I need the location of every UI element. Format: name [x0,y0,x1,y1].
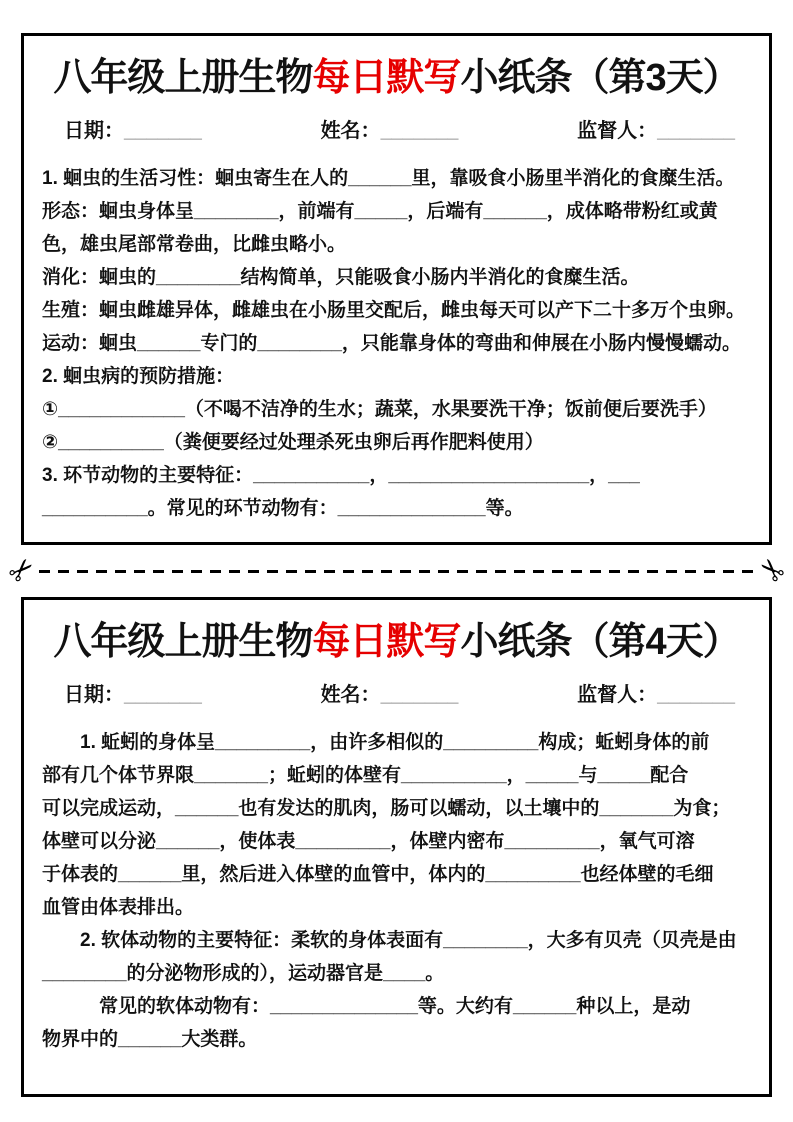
day4-title: 八年级上册生物每日默写小纸条（第4天） [34,616,759,668]
day4-title-post: 小纸条（第4天） [460,621,739,663]
worksheet-line: 于体表的______里，然后进入体壁的血管中，体内的_________也经体壁的… [42,858,755,891]
day3-title-highlight: 每日默写 [312,57,460,99]
worksheet-line: ①____________（不喝不洁净的生水；蔬菜，水果要洗干净；饭前便后要洗手… [42,393,755,426]
worksheet-line: 血管由体表排出。 [42,891,755,924]
date-field: 日期：_______ [64,116,202,146]
name-field: 姓名：_______ [321,680,459,710]
worksheet-line: 2. 蛔虫病的预防措施： [42,360,755,393]
worksheet-line: 部有几个体节界限_______；蚯蚓的体壁有__________，_____与_… [42,759,755,792]
worksheet-line: 运动：蛔虫______专门的________，只能靠身体的弯曲和伸展在小肠内慢慢… [42,327,755,360]
supervisor-label: 监督人： [577,120,657,142]
supervisor-blank: _______ [657,684,735,706]
date-blank: _______ [124,120,202,142]
worksheet-line: 形态：蛔虫身体呈________，前端有_____，后端有______，成体略带… [42,195,755,228]
dashed-cut-line [39,570,754,573]
day4-title-pre: 八年级上册生物 [53,621,312,663]
worksheet-line: 可以完成运动，______也有发达的肌肉，肠可以蠕动，以土壤中的_______为… [42,792,755,825]
day4-header-fields: 日期：_______ 姓名：_______ 监督人：_______ [24,680,769,710]
day3-title-post: 小纸条（第3天） [460,57,739,99]
worksheet-line: 1. 蚯蚓的身体呈_________，由许多相似的_________构成；蚯蚓身… [42,726,755,759]
name-blank: _______ [381,684,459,706]
cut-line: ✂ ✂ [0,545,793,597]
day4-body: 1. 蚯蚓的身体呈_________，由许多相似的_________构成；蚯蚓身… [24,726,769,1056]
supervisor-blank: _______ [657,120,735,142]
name-field: 姓名：_______ [321,116,459,146]
date-blank: _______ [124,684,202,706]
date-field: 日期：_______ [64,680,202,710]
scissors-icon: ✂ [3,552,42,591]
worksheet-line: ②__________（粪便要经过处理杀死虫卵后再作肥料使用） [42,426,755,459]
worksheet-line: 1. 蛔虫的生活习性：蛔虫寄生在人的______里，靠吸食小肠里半消化的食糜生活… [42,162,755,195]
day4-title-highlight: 每日默写 [312,621,460,663]
worksheet-line: 生殖：蛔虫雌雄异体，雌雄虫在小肠里交配后，雌虫每天可以产下二十多万个虫卵。 [42,294,755,327]
name-label: 姓名： [321,120,381,142]
worksheet-line: 体壁可以分泌______，使体表_________，体壁内密布_________… [42,825,755,858]
date-label: 日期： [64,120,124,142]
day4-section: 八年级上册生物每日默写小纸条（第4天） 日期：_______ 姓名：______… [21,597,772,1097]
day3-body: 1. 蛔虫的生活习性：蛔虫寄生在人的______里，靠吸食小肠里半消化的食糜生活… [24,162,769,525]
worksheet-line: 2. 软体动物的主要特征：柔软的身体表面有________，大多有贝壳（贝壳是由 [42,924,755,957]
name-label: 姓名： [321,684,381,706]
name-blank: _______ [381,120,459,142]
worksheet-line: 3. 环节动物的主要特征：___________，_______________… [42,459,755,492]
supervisor-field: 监督人：_______ [577,116,735,146]
worksheet-line: 色，雄虫尾部常卷曲，比雌虫略小。 [42,228,755,261]
worksheet-line: ________的分泌物形成的），运动器官是____。 [42,957,755,990]
worksheet-page: 八年级上册生物每日默写小纸条（第3天） 日期：_______ 姓名：______… [0,0,793,1122]
date-label: 日期： [64,684,124,706]
worksheet-line: 常见的软体动物有：______________等。大约有______种以上，是动 [42,990,755,1023]
day3-header-fields: 日期：_______ 姓名：_______ 监督人：_______ [24,116,769,146]
worksheet-line: 消化：蛔虫的________结构简单，只能吸食小肠内半消化的食糜生活。 [42,261,755,294]
day3-section: 八年级上册生物每日默写小纸条（第3天） 日期：_______ 姓名：______… [21,33,772,545]
day3-title: 八年级上册生物每日默写小纸条（第3天） [34,52,759,104]
worksheet-line: __________。常见的环节动物有：______________等。 [42,492,755,525]
scissors-icon: ✂ [751,552,790,591]
worksheet-line: 物界中的______大类群。 [42,1023,755,1056]
day3-title-pre: 八年级上册生物 [53,57,312,99]
supervisor-label: 监督人： [577,684,657,706]
supervisor-field: 监督人：_______ [577,680,735,710]
